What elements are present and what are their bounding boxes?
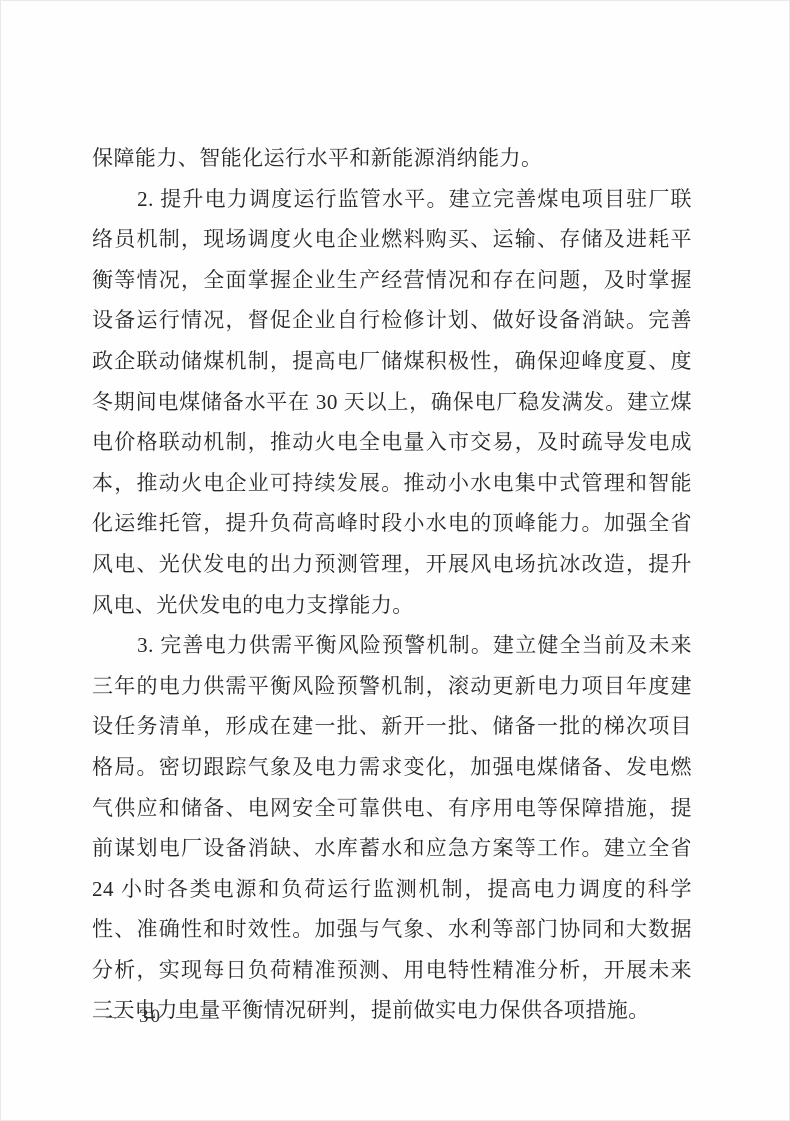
page-footer: —30— — [106, 1002, 195, 1032]
page-number: 30 — [139, 1002, 162, 1032]
document-page: 保障能力、智能化运行水平和新能源消纳能力。 2. 提升电力调度运行监管水平。建立… — [0, 0, 790, 1121]
footer-dash-right: — — [176, 1006, 195, 1027]
document-body: 保障能力、智能化运行水平和新能源消纳能力。 2. 提升电力调度运行监管水平。建立… — [92, 138, 692, 1031]
paragraph-item-2: 2. 提升电力调度运行监管水平。建立完善煤电项目驻厂联络员机制，现场调度火电企业… — [92, 179, 692, 626]
paragraph-continuation: 保障能力、智能化运行水平和新能源消纳能力。 — [92, 138, 692, 179]
footer-dash-left: — — [106, 1006, 125, 1027]
paragraph-item-3: 3. 完善电力供需平衡风险预警机制。建立健全当前及未来三年的电力供需平衡风险预警… — [92, 625, 692, 1031]
